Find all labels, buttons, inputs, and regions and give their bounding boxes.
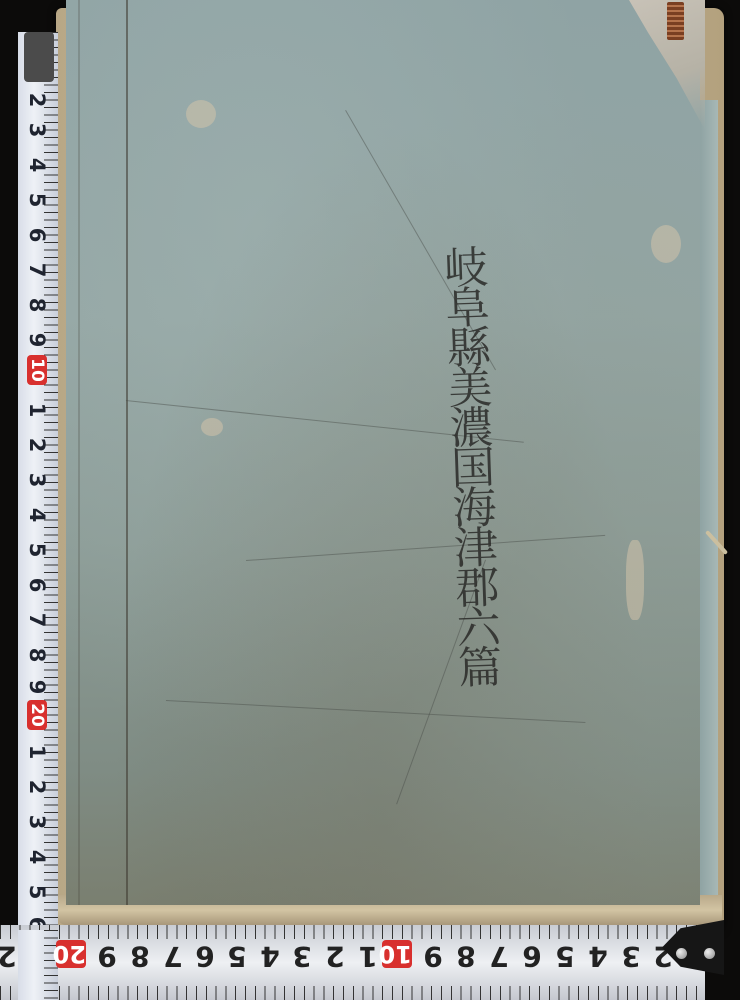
ruler-number: 2 — [320, 940, 350, 973]
ruler-number-highlight: 10 — [382, 940, 412, 968]
ruler-number: 4 — [25, 500, 49, 530]
ruler-number: 1 — [25, 737, 49, 767]
vertical-tape-measure-overlap — [18, 930, 58, 1000]
ruler-number-highlight: 10 — [27, 355, 47, 385]
stain — [186, 100, 216, 128]
ruler-number: 5 — [25, 185, 49, 215]
ruler-number: 8 — [25, 640, 49, 670]
ruler-number: 7 — [25, 605, 49, 635]
ruler-number: 4 — [25, 150, 49, 180]
ruler-number: 3 — [287, 940, 317, 973]
ruler-number: 1 — [25, 395, 49, 425]
ruler-number: 5 — [550, 940, 580, 973]
ruler-number: 3 — [25, 465, 49, 495]
ruler-ticks — [0, 925, 705, 939]
ruler-number-highlight: 20 — [56, 940, 86, 968]
rivet — [676, 948, 687, 959]
ruler-number: 3 — [25, 807, 49, 837]
ruler-number-highlight: 20 — [27, 700, 47, 730]
ruler-number: 4 — [25, 842, 49, 872]
ruler-ticks — [0, 986, 705, 1000]
ruler-number: 7 — [25, 255, 49, 285]
stain — [651, 225, 681, 263]
ruler-number: 2 — [25, 772, 49, 802]
book-side-strip — [700, 100, 718, 900]
ruler-number: 9 — [418, 940, 448, 973]
ruler-number: 5 — [222, 940, 252, 973]
metal-staple — [667, 2, 684, 40]
crack — [166, 700, 585, 723]
ruler-number: 6 — [25, 570, 49, 600]
ruler-number: 2 — [0, 940, 22, 973]
ruler-number: 5 — [25, 877, 49, 907]
ruler-number: 2 — [25, 430, 49, 460]
book-cover — [66, 0, 700, 905]
ruler-number: 2 — [25, 85, 49, 115]
ruler-number: 6 — [190, 940, 220, 973]
ruler-number: 4 — [583, 940, 613, 973]
ruler-number: 3 — [25, 115, 49, 145]
ruler-number: 8 — [125, 940, 155, 973]
ruler-number: 9 — [92, 940, 122, 973]
ruler-number: 3 — [616, 940, 646, 973]
ruler-number: 8 — [451, 940, 481, 973]
tape-measure-end-cap — [24, 32, 54, 82]
ruler-number: 9 — [25, 325, 49, 355]
binding-line — [126, 0, 128, 905]
ruler-number: 7 — [158, 940, 188, 973]
ruler-number: 7 — [484, 940, 514, 973]
handwritten-title: 岐阜縣美濃国海津郡六篇 — [400, 244, 505, 687]
stain — [626, 540, 644, 620]
ruler-number: 6 — [517, 940, 547, 973]
rivet — [704, 948, 715, 959]
ruler-number: 4 — [255, 940, 285, 973]
stain — [201, 418, 223, 436]
ruler-number: 8 — [25, 290, 49, 320]
ruler-number: 5 — [25, 535, 49, 565]
ruler-number: 6 — [25, 220, 49, 250]
ruler-number: 9 — [25, 672, 49, 702]
binding-line — [78, 0, 80, 905]
